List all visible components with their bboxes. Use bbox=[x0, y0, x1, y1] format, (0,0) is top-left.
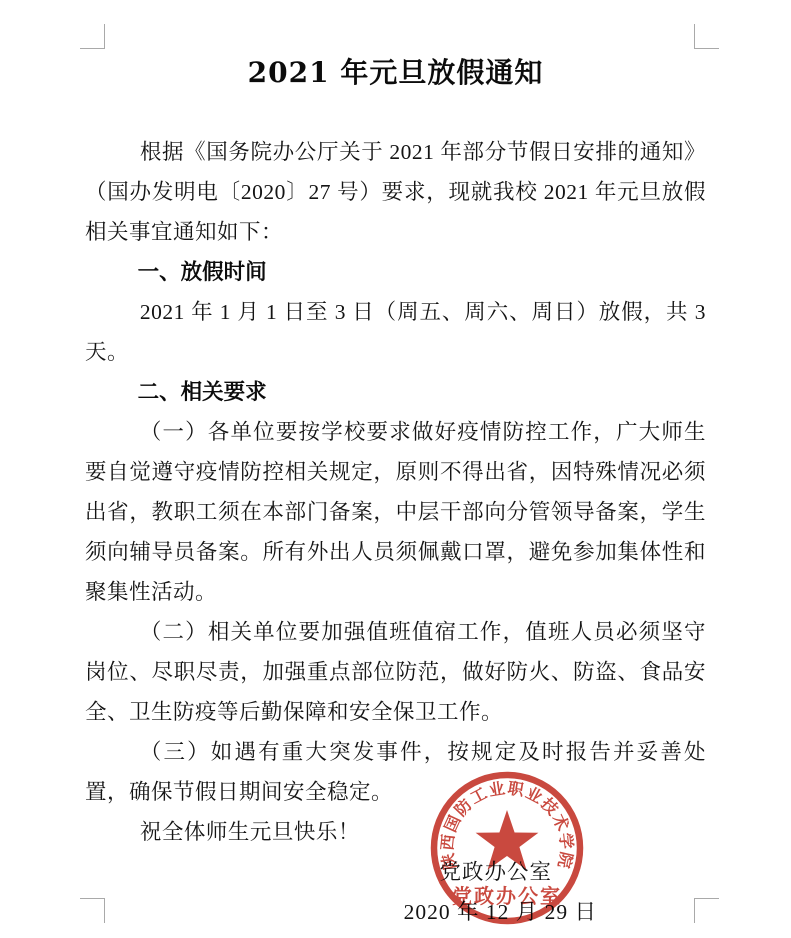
signature-date: 2020 年 12 月 29 日 bbox=[85, 892, 706, 932]
signature-office: 党政办公室 bbox=[85, 852, 706, 892]
closing-wish: 祝全体师生元旦快乐！ bbox=[85, 812, 706, 852]
requirement-item-1: （一）各单位要按学校要求做好疫情防控工作，广大师生要自觉遵守疫情防控相关规定，原… bbox=[85, 412, 706, 612]
crop-mark-top-right bbox=[694, 24, 719, 49]
section-1-heading: 一、放假时间 bbox=[85, 252, 706, 292]
requirement-item-2: （二）相关单位要加强值班值宿工作，值班人员必须坚守岗位、尽职尽责，加强重点部位防… bbox=[85, 612, 706, 732]
section-1-paragraph: 2021 年 1 月 1 日至 3 日（周五、周六、周日）放假，共 3 天。 bbox=[85, 292, 706, 372]
crop-mark-top-left bbox=[80, 24, 105, 49]
section-2-heading: 二、相关要求 bbox=[85, 372, 706, 412]
document-page: { "document": { "title": "2021 年元旦放假通知",… bbox=[0, 0, 791, 938]
requirement-item-3: （三）如遇有重大突发事件，按规定及时报告并妥善处置，确保节假日期间安全稳定。 bbox=[85, 732, 706, 812]
document-body: 2021 年元旦放假通知 根据《国务院办公厅关于 2021 年部分节假日安排的通… bbox=[85, 48, 706, 932]
document-title: 2021 年元旦放假通知 bbox=[85, 48, 706, 98]
intro-paragraph: 根据《国务院办公厅关于 2021 年部分节假日安排的通知》（国办发明电〔2020… bbox=[85, 132, 706, 252]
